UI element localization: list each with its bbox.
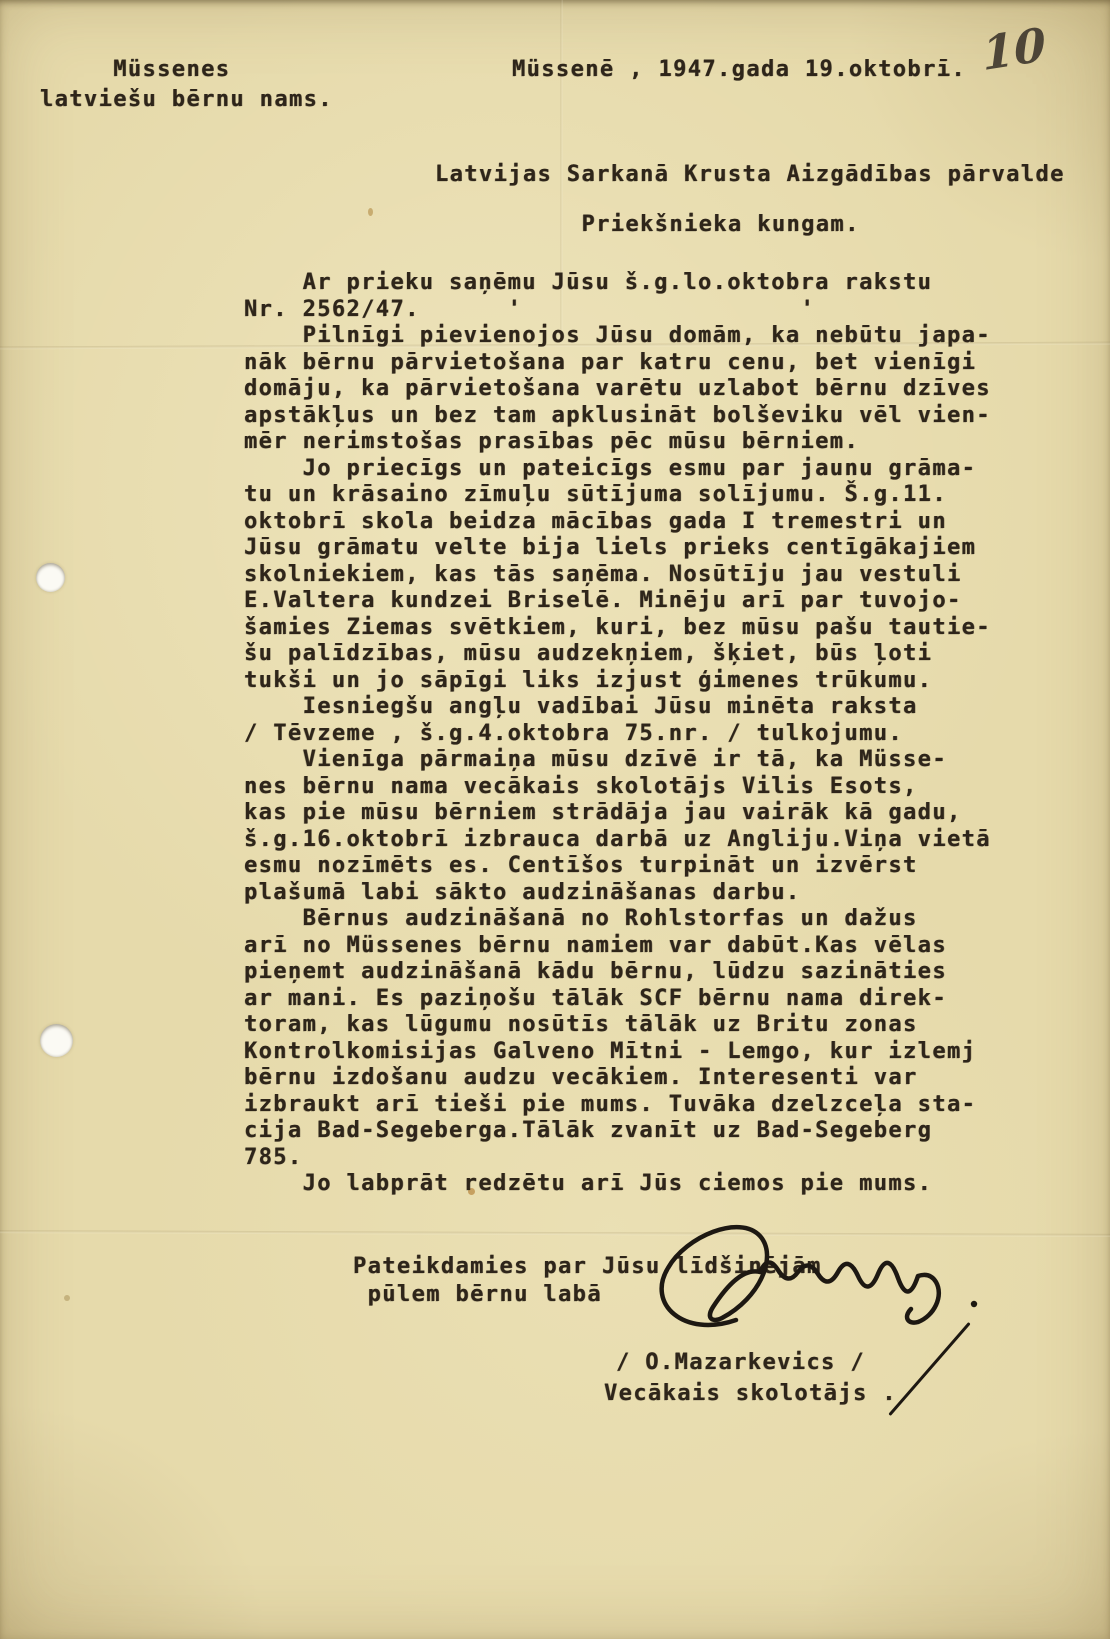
paper-stain	[64, 1295, 70, 1301]
letter-page: 10 Müssenes latviešu bērnu nams. Müssenē…	[0, 0, 1110, 1639]
letter-body: Ar prieku saņēmu Jūsu š.g.lo.oktobra rak…	[244, 270, 991, 1198]
sender-block: Müssenes latviešu bērnu nams.	[40, 55, 333, 115]
dateline: Müssenē , 1947.gada 19.oktobrī.	[512, 57, 966, 82]
punch-hole-top	[36, 563, 65, 592]
signature-name: / O.Mazarkevics /	[616, 1350, 865, 1375]
signature-handwritten	[618, 1210, 990, 1342]
signature-period	[971, 1301, 977, 1307]
recipient-block: Latvijas Sarkanā Krusta Aizgādības pārva…	[435, 150, 1065, 250]
paper-stain	[368, 208, 373, 216]
signature-stroke	[662, 1227, 939, 1325]
signature-title: Vecākais skolotājs .	[604, 1381, 897, 1406]
handwritten-page-number: 10	[981, 17, 1047, 81]
punch-hole-bottom	[40, 1024, 73, 1057]
